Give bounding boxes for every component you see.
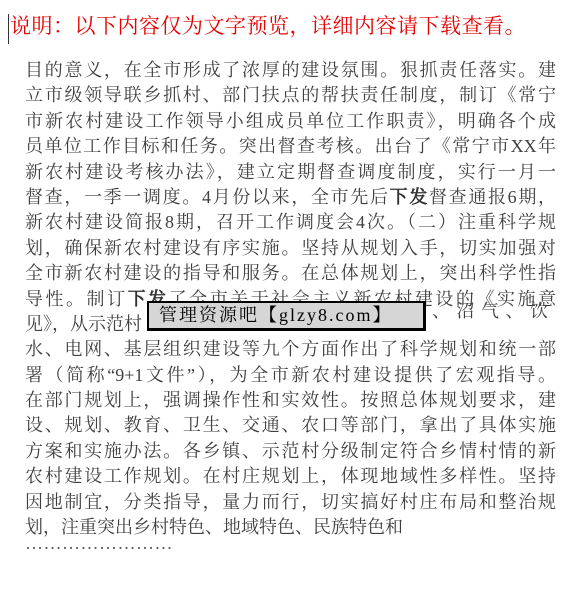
body-line: 方案和实施办法。各乡镇、示范村分级制定符合乡情村情的新: [25, 439, 556, 464]
body-line-11-right: 、沼气、饮: [432, 299, 572, 324]
body-text-segment: 农村建设工作规划。在村庄规划上，体现地域性多样性。坚持: [25, 466, 556, 486]
body-text-segment: 目的意义，在全市形成了浓厚的建设氛围。狠抓责任落实。建: [25, 60, 556, 80]
body-text-segment: 划，确保新农村建设有序实施。坚持从规划入手，切实加强对: [25, 238, 556, 258]
text-cursor: [8, 14, 9, 44]
body-text-segment: 全市新农村建设的指导和服务。在总体规划上，突出科学性指: [25, 263, 556, 283]
watermark-text: 管理资源吧【glzy8.com】: [149, 303, 423, 328]
body-text-segment: 方案和实施办法。各乡镇、示范村分级制定符合乡情村情的新: [25, 441, 556, 461]
body-text-segment: 市新农村建设工作领导小组成员单位工作职责》，明确各个成: [25, 111, 556, 131]
body-line: 立市级领导联乡抓村、部门扶点的帮扶责任制度，制订《常宁: [25, 83, 556, 108]
body-text-segment: 督查通报6期，: [429, 187, 556, 207]
body-line: 新农村建设简报8期，召开工作调度会4次。（二）注重科学规: [25, 210, 556, 235]
body-text-segment: 员单位工作目标和任务。突出督查考核。出台了《常宁市XX年: [25, 136, 556, 156]
body-text-segment: 署（简称“9+1文件”），为全市新农村建设提供了宏观指导。: [25, 365, 556, 385]
body-text-segment: 水、电网、基层组织建设等九个方面作出了科学规划和统一部: [25, 339, 556, 359]
body-text-segment: 因地制宜，分类指导，量力而行，切实搞好村庄布局和整治规: [25, 492, 556, 512]
ellipsis-line: ……………………: [25, 531, 173, 556]
body-line: 员单位工作目标和任务。突出督查考核。出台了《常宁市XX年: [25, 134, 556, 159]
notice-text: 说明：以下内容仅为文字预览，详细内容请下载查看。: [10, 12, 570, 40]
body-text-segment: 督查，一季一调度。4月份以来，全市先后: [25, 187, 390, 207]
watermark-badge: 管理资源吧【glzy8.com】: [147, 301, 426, 331]
body-line: 划，确保新农村建设有序实施。坚持从规划入手，切实加强对: [25, 236, 556, 261]
body-text-segment: 新农村建设简报8期，召开工作调度会4次。（二）注重科学规: [25, 212, 556, 232]
body-text-segment: 见》，从示范村: [25, 314, 142, 334]
body-line: 全市新农村建设的指导和服务。在总体规划上，突出科学性指: [25, 261, 556, 286]
body-text-segment: 导性。制订: [25, 289, 128, 309]
body-line: 新农村建设考核办法》，建立定期督查调度制度，实行一月一: [25, 160, 556, 185]
body-text-segment: 立市级领导联乡抓村、部门扶点的帮扶责任制度，制订《常宁: [25, 85, 556, 105]
body-text-segment: 设、规划、教育、卫生、交通、农口等部门，拿出了具体实施: [25, 415, 556, 435]
body-line: 在部门规划上，强调操作性和实效性。按照总体规划要求，建: [25, 388, 556, 413]
body-line: 目的意义，在全市形成了浓厚的建设氛围。狠抓责任落实。建: [25, 58, 556, 83]
body-line: 督查，一季一调度。4月份以来，全市先后下发督查通报6期，: [25, 185, 556, 210]
body-line: 设、规划、教育、卫生、交通、农口等部门，拿出了具体实施: [25, 413, 556, 438]
body-text-segment: 新农村建设考核办法》，建立定期督查调度制度，实行一月一: [25, 162, 556, 182]
body-line: 因地制宜，分类指导，量力而行，切实搞好村庄布局和整治规: [25, 490, 556, 515]
body-text-segment: 在部门规划上，强调操作性和实效性。按照总体规划要求，建: [25, 390, 556, 410]
body-line: 农村建设工作规划。在村庄规划上，体现地域性多样性。坚持: [25, 464, 556, 489]
body-line: 市新农村建设工作领导小组成员单位工作职责》，明确各个成: [25, 109, 556, 134]
body-line: 水、电网、基层组织建设等九个方面作出了科学规划和统一部: [25, 337, 556, 362]
document-preview-page: 说明：以下内容仅为文字预览，详细内容请下载查看。 目的意义，在全市形成了浓厚的建…: [0, 0, 578, 600]
keyword-highlight: 下发: [390, 187, 429, 207]
body-line: 署（简称“9+1文件”），为全市新农村建设提供了宏观指导。: [25, 363, 556, 388]
